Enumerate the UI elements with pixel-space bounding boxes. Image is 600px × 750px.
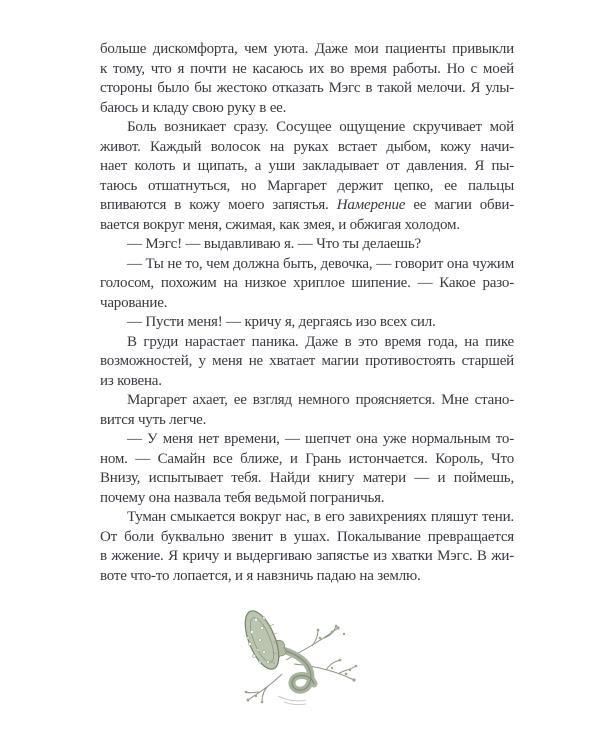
text-line: в жжение. Я кричу и выдергиваю запястье … — [100, 547, 514, 567]
text-line: впиваются в кожу моего запястья. Намерен… — [100, 196, 514, 216]
text-line: к тому, что я почти не касаюсь их во вре… — [100, 60, 514, 80]
paragraph: — Мэгс! — выдавливаю я. — Что ты делаешь… — [100, 235, 514, 255]
page-text: больше дискомфорта, чем уюта. Даже мои п… — [100, 40, 514, 586]
text-line: От боли буквально звенит в ушах. Покалыв… — [100, 528, 514, 548]
text-line: В груди нарастает паника. Даже в это вре… — [100, 333, 514, 353]
mushroom-illustration — [234, 608, 366, 723]
text-line: ном. — Самайн все ближе, и Грань истонча… — [100, 450, 514, 470]
paragraph: больше дискомфорта, чем уюта. Даже мои п… — [100, 40, 514, 118]
text-line: вается вокруг меня, сжимая, как змея, и … — [100, 216, 514, 236]
text-line: голосом, похожим на низкое хриплое шипен… — [100, 274, 514, 294]
book-page: больше дискомфорта, чем уюта. Даже мои п… — [0, 0, 600, 750]
text-line: чарование. — [100, 294, 514, 314]
paragraph: Маргарет ахает, ее взгляд немного проясн… — [100, 391, 514, 430]
text-line: — У меня нет времени, — шепчет она уже н… — [100, 430, 514, 450]
text-line: таюсь отшатнуться, но Маргарет держит це… — [100, 177, 514, 197]
paragraph: В груди нарастает паника. Даже в это вре… — [100, 333, 514, 392]
text-line: — Пусти меня! — кричу я, дергаясь изо вс… — [100, 313, 514, 333]
text-line: воте что-то лопается, и я навзничь падаю… — [100, 567, 514, 587]
text-line: живот. Каждый волосок на руках встает ды… — [100, 138, 514, 158]
text-line: вится чуть легче. — [100, 411, 514, 431]
text-line: Боль возникает сразу. Сосущее ощущение с… — [100, 118, 514, 138]
text-line: нает колоть и щипать, а уши закладывает … — [100, 157, 514, 177]
text-line: — Ты не то, чем должна быть, девочка, — … — [100, 255, 514, 275]
text-line: больше дискомфорта, чем уюта. Даже мои п… — [100, 40, 514, 60]
paragraph: — Пусти меня! — кричу я, дергаясь изо вс… — [100, 313, 514, 333]
text-line: из ковена. — [100, 372, 514, 392]
paragraph: Туман смыкается вокруг нас, в его завихр… — [100, 508, 514, 586]
text-line: Туман смыкается вокруг нас, в его завихр… — [100, 508, 514, 528]
text-line: баюсь и кладу свою руку в ее. — [100, 99, 514, 119]
ground-shading — [278, 696, 306, 705]
text-line: Внизу, испытывает тебя. Найди книгу мате… — [100, 469, 514, 489]
paragraph: — У меня нет времени, — шепчет она уже н… — [100, 430, 514, 508]
text-line: почему она назвала тебя ведьмой погранич… — [100, 489, 514, 509]
text-line: возможностей, у меня не хватает магии пр… — [100, 352, 514, 372]
paragraph: Боль возникает сразу. Сосущее ощущение с… — [100, 118, 514, 235]
text-line: Маргарет ахает, ее взгляд немного проясн… — [100, 391, 514, 411]
twig-left-icon — [246, 674, 282, 702]
paragraph: — Ты не то, чем должна быть, девочка, — … — [100, 255, 514, 314]
mushroom-sketch-svg — [234, 608, 366, 723]
text-line: — Мэгс! — выдавливаю я. — Что ты делаешь… — [100, 235, 514, 255]
text-line: стороны было бы жестоко отказать Мэгс в … — [100, 79, 514, 99]
